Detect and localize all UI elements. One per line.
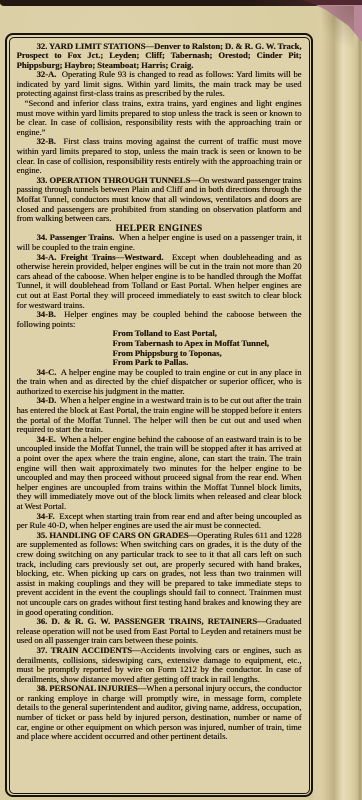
rule-number-title: 34. Passenger Trains. [37, 232, 115, 242]
rule-number-title: 37. TRAIN ACCIDENTS— [37, 645, 141, 655]
rule-number-title: 32. YARD LIMIT STATIONS— [37, 41, 155, 51]
rule-number-title: 34-F. [37, 511, 55, 521]
rule-paragraph: 34-E. When a helper engine behind the ca… [17, 435, 302, 512]
rule-paragraph: 34. Passenger Trains. When a helper engi… [17, 233, 302, 252]
rule-number-title: 36. D. & R. G. W. PASSENGER TRAINS, RETA… [37, 616, 266, 626]
rule-number-title: 35. HANDLING OF CARS ON GRADES— [37, 530, 198, 540]
rule-paragraph: 35. HANDLING OF CARS ON GRADES—Operating… [17, 531, 302, 617]
rule-paragraph: 34-F. Except when starting train from re… [17, 512, 302, 531]
rule-paragraph: 34-D. When a helper engine in a westward… [17, 396, 302, 434]
rule-text: 32. YARD LIMIT STATIONS—Denver to Ralsto… [17, 42, 302, 742]
rule-number-title: 32-B. [37, 136, 56, 146]
rule-number-title: 34-A. Freight Trains—Westward. [37, 252, 164, 262]
rule-paragraph: 32. YARD LIMIT STATIONS—Denver to Ralsto… [17, 42, 302, 71]
rule-paragraph: 33. OPERATION THROUGH TUNNELS—On westwar… [17, 176, 302, 224]
rule-number-title: 34-D. [37, 395, 57, 405]
rule-number-title: 34-C. [37, 367, 57, 377]
rule-paragraph: 34-C. A helper engine may be coupled to … [17, 368, 302, 397]
rule-number-title: 32-A. [37, 69, 57, 79]
rule-paragraph: “Second and inferior class trains, extra… [17, 99, 302, 137]
rule-number-title: 34-E. [37, 434, 56, 444]
rule-number-title: 33. OPERATION THROUGH TUNNELS— [37, 175, 199, 185]
rule-number-title: 38. PERSONAL INJURIES— [37, 683, 147, 693]
rule-paragraph: 34-B. Helper engines may be coupled behi… [17, 310, 302, 329]
page-right-margin [313, 0, 362, 800]
rule-paragraph: 32-B. First class trains moving against … [17, 137, 302, 175]
rule-paragraph: 37. TRAIN ACCIDENTS—Accidents involving … [17, 646, 302, 684]
rule-paragraph: 34-A. Freight Trains—Westward. Except wh… [17, 253, 302, 311]
rule-paragraph: 36. D. & R. G. W. PASSENGER TRAINS, RETA… [17, 617, 302, 646]
scanned-rulebook-page: 32. YARD LIMIT STATIONS—Denver to Ralsto… [0, 0, 362, 800]
rule-paragraph: 32-A. Operating Rule 93 is changed to re… [17, 70, 302, 99]
rule-number-title: 34-B. [37, 309, 56, 319]
rule-box-inner-border: 32. YARD LIMIT STATIONS—Denver to Ralsto… [9, 37, 310, 794]
rule-box-outer-border: 32. YARD LIMIT STATIONS—Denver to Ralsto… [5, 33, 313, 797]
rule-paragraph: 38. PERSONAL INJURIES—When a personal in… [17, 684, 302, 742]
